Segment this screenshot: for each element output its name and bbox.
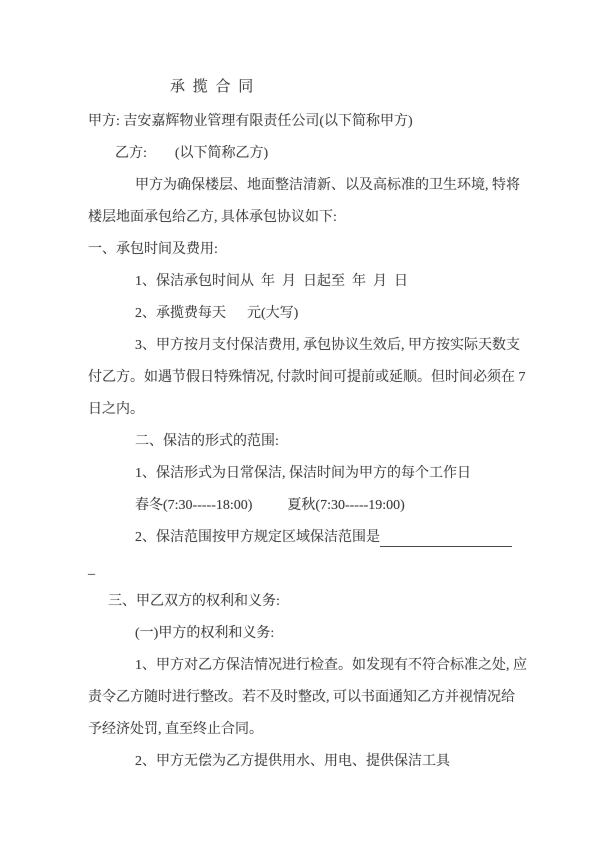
line-text: 1、甲方对乙方保洁情况进行检查。如发现有不符合标准之处, 应 bbox=[135, 650, 527, 682]
line-text: 三、甲乙双方的权利和义务: bbox=[108, 586, 280, 618]
document-line: 甲方: 吉安嘉辉物业管理有限责任公司(以下简称甲方) bbox=[88, 106, 512, 138]
blank-underline bbox=[380, 546, 512, 547]
document-line: 二、保洁的形式的范围: bbox=[135, 426, 512, 458]
document-line: 付乙方。如遇节假日特殊情况, 付款时间可提前或延顺。但时间必须在 7 bbox=[88, 362, 512, 394]
document-line: 日之内。 bbox=[88, 394, 512, 426]
line-text: 楼层地面承包给乙方, 具体承包协议如下: bbox=[88, 202, 337, 234]
line-text: 甲方: 吉安嘉辉物业管理有限责任公司(以下简称甲方) bbox=[88, 106, 413, 138]
document-line: 楼层地面承包给乙方, 具体承包协议如下: bbox=[88, 202, 512, 234]
document-line: 2、承揽费每天 元(大写) bbox=[135, 298, 512, 330]
document-line: 1、保洁形式为日常保洁, 保洁时间为甲方的每个工作日 bbox=[135, 458, 512, 490]
line-text: 付乙方。如遇节假日特殊情况, 付款时间可提前或延顺。但时间必须在 7 bbox=[88, 362, 526, 394]
line-text: 二、保洁的形式的范围: bbox=[135, 426, 279, 458]
document-title: 承 揽 合 同 bbox=[170, 71, 512, 103]
document-line: 乙方: (以下简称乙方) bbox=[115, 138, 512, 170]
document-lines: 甲方: 吉安嘉辉物业管理有限责任公司(以下简称甲方)乙方: (以下简称乙方)甲方… bbox=[88, 106, 512, 778]
line-text: 甲方为确保楼层、地面整洁清新、以及高标准的卫生环境, 特将 bbox=[135, 170, 520, 202]
document-line: 春冬(7:30-----18:00) 夏秋(7:30-----19:00) bbox=[135, 490, 512, 522]
document-line: 三、甲乙双方的权利和义务: bbox=[108, 586, 512, 618]
line-text: 2、保洁范围按甲方规定区域保洁范围是 bbox=[135, 522, 380, 554]
document-line: 2、保洁范围按甲方规定区域保洁范围是 bbox=[135, 522, 512, 554]
line-text: 3、甲方按月支付保洁费用, 承包协议生效后, 甲方按实际天数支 bbox=[135, 330, 520, 362]
line-text: 2、承揽费每天 元(大写) bbox=[135, 298, 298, 330]
line-text: 2、甲方无偿为乙方提供用水、用电、提供保洁工具 bbox=[135, 746, 450, 778]
document-line: _ bbox=[88, 554, 512, 586]
contract-page: 承 揽 合 同 甲方: 吉安嘉辉物业管理有限责任公司(以下简称甲方)乙方: (以… bbox=[0, 0, 600, 849]
line-text: (一)甲方的权利和义务: bbox=[135, 618, 274, 650]
document-line: 3、甲方按月支付保洁费用, 承包协议生效后, 甲方按实际天数支 bbox=[135, 330, 512, 362]
line-text: 日之内。 bbox=[88, 394, 144, 426]
document-line: 2、甲方无偿为乙方提供用水、用电、提供保洁工具 bbox=[135, 746, 512, 778]
line-text: 春冬(7:30-----18:00) 夏秋(7:30-----19:00) bbox=[135, 490, 405, 522]
line-text: 乙方: (以下简称乙方) bbox=[115, 138, 268, 170]
document-line: 责令乙方随时进行整改。若不及时整改, 可以书面通知乙方并视情况给 bbox=[88, 682, 512, 714]
document-line: 一、承包时间及费用: bbox=[88, 234, 512, 266]
line-text: 一、承包时间及费用: bbox=[88, 234, 218, 266]
line-text: 1、保洁承包时间从 年 月 日起至 年 月 日 bbox=[135, 266, 408, 298]
line-text: 1、保洁形式为日常保洁, 保洁时间为甲方的每个工作日 bbox=[135, 458, 471, 490]
document-line: 予经济处罚, 直至终止合同。 bbox=[88, 714, 512, 746]
line-text: 予经济处罚, 直至终止合同。 bbox=[88, 714, 263, 746]
document-content: 承 揽 合 同 甲方: 吉安嘉辉物业管理有限责任公司(以下简称甲方)乙方: (以… bbox=[88, 71, 512, 778]
line-text: _ bbox=[88, 554, 95, 586]
document-line: (一)甲方的权利和义务: bbox=[135, 618, 512, 650]
line-text: 责令乙方随时进行整改。若不及时整改, 可以书面通知乙方并视情况给 bbox=[88, 682, 515, 714]
document-line: 1、甲方对乙方保洁情况进行检查。如发现有不符合标准之处, 应 bbox=[135, 650, 512, 682]
document-line: 甲方为确保楼层、地面整洁清新、以及高标准的卫生环境, 特将 bbox=[135, 170, 512, 202]
document-line: 1、保洁承包时间从 年 月 日起至 年 月 日 bbox=[135, 266, 512, 298]
